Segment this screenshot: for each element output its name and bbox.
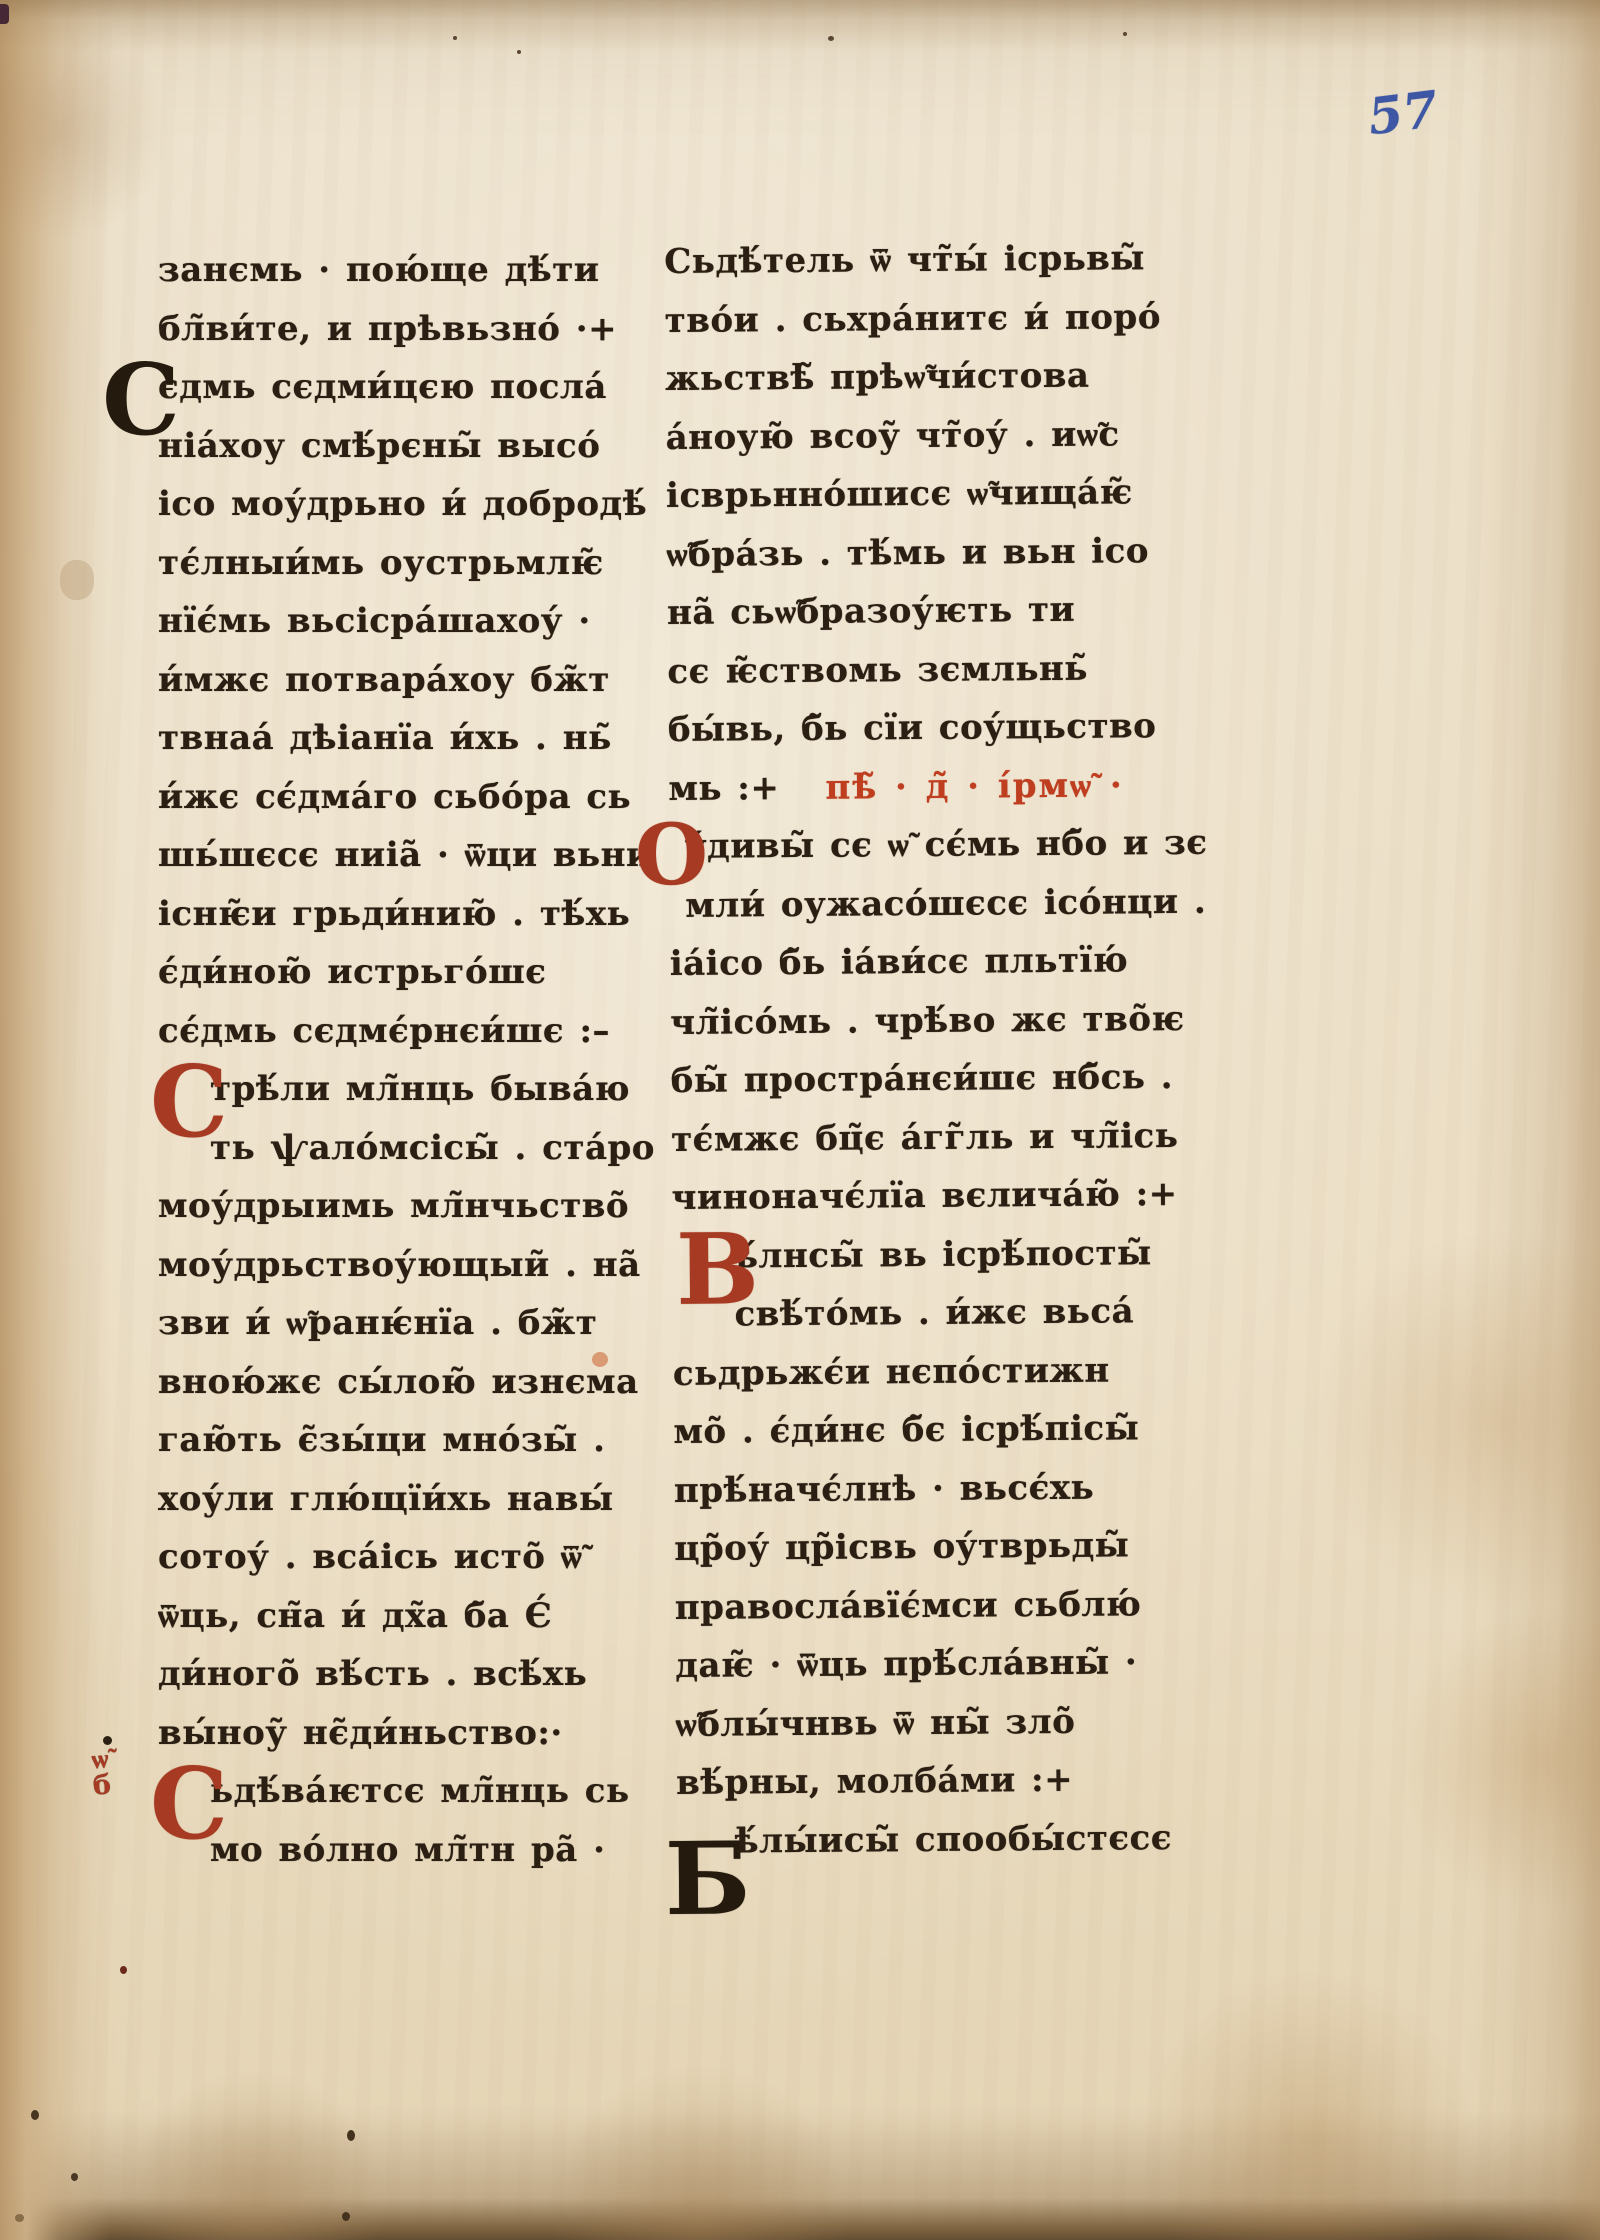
manuscript-line: є́ди́ною̃ истрьго́шє (158, 943, 640, 1002)
manuscript-line: ісврьнно́шисє ѡ̃чища́ѥ̃ (666, 463, 1200, 526)
folio-number: 57 (1365, 77, 1462, 147)
body-text: и́жє сє́дма́го сьбо́ра сь (158, 777, 631, 817)
body-text: правосла́вїє́мси сьблю́ (675, 1584, 1142, 1628)
manuscript-line: ніа́хоу смѣ́рєны̃ высо́ (158, 417, 640, 476)
manuscript-line: сє ѥ̃ствомь зємльнь̃ (667, 638, 1201, 701)
parchment-page: 57 ѡ̃ б занємь · пою́ще дѣ́тибл̃ви́те, и… (0, 0, 1600, 2240)
body-text: ѡ̃бра́зь . тѣ́мь и вьн ісо (666, 531, 1149, 575)
body-text: свѣ́то́мь . и́жє вьса́ (734, 1291, 1134, 1334)
body-text: ди́ного̃ вѣ́сть . всѣ́хь (158, 1654, 587, 1694)
body-text: трѣ́ли мл̃нць быва́ю (210, 1069, 630, 1109)
manuscript-line: сє́дмь сєдмє́рнєи́шє :– (158, 1002, 640, 1061)
rubric-text: пѣ̃ · д̃ · і́рмѡ̃ · (825, 765, 1124, 807)
manuscript-line: гаю̃ть є̃зы́ци мно́зы̃ . (158, 1411, 640, 1470)
speck (828, 36, 834, 41)
manuscript-line: Стрѣ́ли мл̃нць быва́ю (158, 1060, 640, 1119)
body-text: сотоу́ . вса́ісь исто̃ ѿ̃ (158, 1537, 582, 1577)
illuminated-initial: С (102, 356, 158, 473)
body-text: вѣ́рны, молба́ми :+ (676, 1760, 1073, 1803)
body-text: єдмь сєдми́цєю посла́ (158, 367, 607, 407)
body-text: а́ноую̃ всоу̃ чт̃оу́ . иѡ̃с (665, 414, 1119, 458)
body-text: зви и́ ѡ̃ранѥ́нїа . бж̃т (158, 1303, 597, 1343)
body-text: тє́лныи́мь оустрьмлѥ̃ (158, 543, 604, 583)
manuscript-line: мо̃ . є́ди́нє б̃є ісрѣ́пісы̃ (673, 1399, 1207, 1462)
manuscript-line: и́мжє потвара́хоу бж̃т (158, 651, 640, 710)
binding-corner (0, 4, 9, 24)
manuscript-line: зви и́ ѡ̃ранѥ́нїа . бж̃т (158, 1294, 640, 1353)
manuscript-line: жьствѣ̃ прѣѡ̃чи́стова (665, 346, 1199, 409)
scar-mark (60, 560, 94, 600)
manuscript-line: ѡ̃блы́чнвь ѿ ны̃ зло̃ (675, 1691, 1209, 1754)
manuscript-line: сьдрьжє́и нєпо́стижн (673, 1340, 1207, 1403)
manuscript-line: існѥ̃и грьди́нию̃ . тѣ́хь (158, 885, 640, 944)
manuscript-line: ди́ного̃ вѣ́сть . всѣ́хь (158, 1645, 640, 1704)
body-text: іа́ісо б̃ь іа́ви́сє пльтїю́ (670, 940, 1129, 984)
body-text: ѣ́лнсы̃ вь ісрѣ́посты̃ (734, 1233, 1152, 1276)
body-text: мли́ оужасо́шєсє ісо́нци . (685, 881, 1206, 925)
manuscript-line: тво́и . сьхра́нитє и́ поро́ (664, 287, 1198, 350)
body-text: гаю̃ть є̃зы́ци мно́зы̃ . (158, 1420, 605, 1460)
body-text: тво́и . сьхра́нитє и́ поро́ (665, 297, 1162, 341)
manuscript-line: хоу́ли глю́щїи́хь навы́ (158, 1470, 640, 1529)
manuscript-line: моу́дрыимь мл̃нчьство̃ (158, 1177, 640, 1236)
body-text: прѣ́начє́лнѣ · вьсє́хь (674, 1467, 1095, 1510)
body-text: ьдѣ́ва́ѥтсє мл̃нць сь (210, 1771, 630, 1811)
manuscript-line: бы́вь, б̃ь сїи соу́щьство (668, 697, 1202, 760)
manuscript-line: на̃ сьѡ̃бразоу́ѥть ти (667, 580, 1201, 643)
manuscript-line: мь :+пѣ̃ · д̃ · і́рмѡ̃ · (668, 755, 1202, 818)
body-text: моу́дрьствоу́ющыи̃ . на̃ (158, 1245, 641, 1285)
wormhole (71, 2173, 78, 2181)
speck (453, 36, 457, 40)
body-text: сьдрьжє́и нєпо́стижн (673, 1350, 1110, 1393)
wormhole (31, 2110, 39, 2120)
body-text: моу́дрыимь мл̃нчьство̃ (158, 1186, 629, 1226)
body-text: чиноначє́лїа вєлича́ю̃ :+ (671, 1174, 1177, 1218)
speck (1123, 32, 1127, 36)
manuscript-line: вѣ́рны, молба́ми :+ (676, 1750, 1210, 1813)
wormhole (347, 2130, 355, 2141)
body-text: мо̃ . є́ди́нє б̃є ісрѣ́пісы̃ (673, 1408, 1139, 1452)
manuscript-line: ѿць, сн̃а и́ дх̃а б̃а Є́ (158, 1587, 640, 1646)
wormhole (15, 2214, 24, 2222)
manuscript-line: чл̃ісо́мь . чрѣ́во жє тво̃ѥ (670, 989, 1204, 1052)
body-text: існѥ̃и грьди́нию̃ . тѣ́хь (158, 894, 630, 934)
manuscript-line: мо во́лно мл̃тн ра̃ · (158, 1821, 640, 1880)
body-text: бл̃ви́те, и прѣвьзно́ ·+ (158, 309, 617, 349)
body-text: занємь · пою́ще дѣ́ти (158, 250, 599, 290)
body-text: мо во́лно мл̃тн ра̃ · (210, 1830, 606, 1870)
body-text: бы́вь, б̃ь сїи соу́щьство (668, 706, 1157, 750)
body-text: даѥ̃ · ѿць прѣ́сла́вны̃ · (675, 1642, 1137, 1686)
manuscript-line: ть ѱало́мсісы̃ . ста́ро (158, 1119, 640, 1178)
manuscript-line: ѡ̃бра́зь . тѣ́мь и вьн ісо (666, 521, 1200, 584)
manuscript-line: Сьдѣ́ва́ѥтсє мл̃нць сь (158, 1762, 640, 1821)
body-text: твнаа́ дѣіанїа и́хь . нь̃ (158, 718, 612, 758)
body-text: вною́жє сы́лою̃ изнєма (158, 1362, 639, 1402)
manuscript-line: твнаа́ дѣіанїа и́хь . нь̃ (158, 709, 640, 768)
body-text: тє́мжє бц̃є а́гг̃ль и чл̃ісь (671, 1115, 1179, 1159)
body-text: шь́шєсє ниіа̃ · ѿци вьни (158, 835, 652, 875)
body-text: у́дивы̃ сє ѡ̃ сє́мь нб̃о и зє (685, 823, 1208, 867)
body-text: ть ѱало́мсісы̃ . ста́ро (210, 1128, 655, 1168)
body-text: бы̃ простра́нєи́шє нб̃сь . (671, 1057, 1174, 1101)
manuscript-line: бы̃ простра́нєи́шє нб̃сь . (670, 1048, 1204, 1111)
manuscript-line: Вѣ́лнсы̃ вь ісрѣ́посты̃ (672, 1223, 1206, 1286)
manuscript-line: вы́ноу̃ нє̃ди́ньство:· (158, 1704, 640, 1763)
body-text: и́мжє потвара́хоу бж̃т (158, 660, 610, 700)
marginal-mark-bottom: б (92, 1772, 112, 1799)
manuscript-line: тє́мжє бц̃є а́гг̃ль и чл̃ісь (671, 1106, 1205, 1169)
body-text: Сьдѣ́тель ѿ чт̃ы́ ісрьвы̃ (664, 238, 1145, 282)
manuscript-line: нїє́мь вьсісра́шахоу́ · (158, 592, 640, 651)
wormhole (342, 2212, 350, 2221)
body-text: є́ди́ною̃ истрьго́шє (158, 952, 546, 992)
body-text: ѣ́лы́исы̃ спообы́стєсє (734, 1818, 1172, 1861)
body-text: ніа́хоу смѣ́рєны̃ высо́ (158, 426, 600, 466)
manuscript-line: вною́жє сы́лою̃ изнєма (158, 1353, 640, 1412)
manuscript-line: ісо моу́дрьно и́ добродѣ́ (158, 475, 640, 534)
manuscript-line: шь́шєсє ниіа̃ · ѿци вьни (158, 826, 640, 885)
red-speck (120, 1966, 127, 1974)
body-text: жьствѣ̃ прѣѡ̃чи́стова (665, 356, 1090, 399)
marginal-rubric-mark: ѡ̃ б (90, 1746, 112, 1799)
body-text: цр̃оу́ цр̃ісвь оу́тврьды̃ (674, 1525, 1129, 1569)
body-text: ісо моу́дрьно и́ добродѣ́ (158, 484, 647, 524)
manuscript-line: Сьдѣ́тель ѿ чт̃ы́ ісрьвы̃ (664, 229, 1198, 292)
body-text: хоу́ли глю́щїи́хь навы́ (158, 1479, 614, 1519)
manuscript-line: ѣ́лы́исы̃ спообы́стєсє (676, 1808, 1210, 1871)
manuscript-line: бл̃ви́те, и прѣвьзно́ ·+ (158, 300, 640, 359)
manuscript-line: и́жє сє́дма́го сьбо́ра сь (158, 768, 640, 827)
left-text-column: ѡ̃ б занємь · пою́ще дѣ́тибл̃ви́те, и пр… (158, 241, 640, 1879)
body-text: сє ѥ̃ствомь зємльнь̃ (667, 648, 1088, 691)
body-text: ісврьнно́шисє ѡ̃чища́ѥ̃ (666, 472, 1133, 516)
body-text: мь :+ (668, 768, 779, 809)
body-text: чл̃ісо́мь . чрѣ́во жє тво̃ѥ (670, 998, 1185, 1042)
body-text: ѡ̃блы́чнвь ѿ ны̃ зло̃ (676, 1701, 1076, 1744)
manuscript-line: моу́дрьствоу́ющыи̃ . на̃ (158, 1236, 640, 1295)
manuscript-line: прѣ́начє́лнѣ · вьсє́хь (674, 1457, 1208, 1520)
red-stain (592, 1352, 608, 1367)
manuscript-line: а́ноую̃ всоу̃ чт̃оу́ . иѡ̃с (665, 404, 1199, 467)
body-text: нїє́мь вьсісра́шахоу́ · (158, 601, 591, 641)
manuscript-line: свѣ́то́мь . и́жє вьса́ (672, 1282, 1206, 1345)
manuscript-line: мли́ оужасо́шєсє ісо́нци . (669, 872, 1203, 935)
manuscript-line: тє́лныи́мь оустрьмлѥ̃ (158, 534, 640, 593)
manuscript-line: даѥ̃ · ѿць прѣ́сла́вны̃ · (675, 1633, 1209, 1696)
speck (517, 50, 521, 54)
manuscript-line: правосла́вїє́мси сьблю́ (675, 1574, 1209, 1637)
right-text-column: Б Сьдѣ́тель ѿ чт̃ы́ ісрьвы̃тво́и . сьхра… (664, 229, 1211, 1871)
manuscript-line: цр̃оу́ цр̃ісвь оу́тврьды̃ (674, 1516, 1208, 1579)
body-text: ѿць, сн̃а и́ дх̃а б̃а Є́ (158, 1596, 552, 1636)
ink-dot (103, 1736, 112, 1745)
manuscript-line: Оу́дивы̃ сє ѡ̃ сє́мь нб̃о и зє (669, 814, 1203, 877)
manuscript-line: сотоу́ . вса́ісь исто̃ ѿ̃ (158, 1528, 640, 1587)
body-text: на̃ сьѡ̃бразоу́ѥть ти (667, 590, 1076, 633)
manuscript-line: занємь · пою́ще дѣ́ти (158, 241, 640, 300)
manuscript-line: іа́ісо б̃ь іа́ви́сє пльтїю́ (670, 931, 1204, 994)
manuscript-line: Сєдмь сєдми́цєю посла́ (158, 358, 640, 417)
